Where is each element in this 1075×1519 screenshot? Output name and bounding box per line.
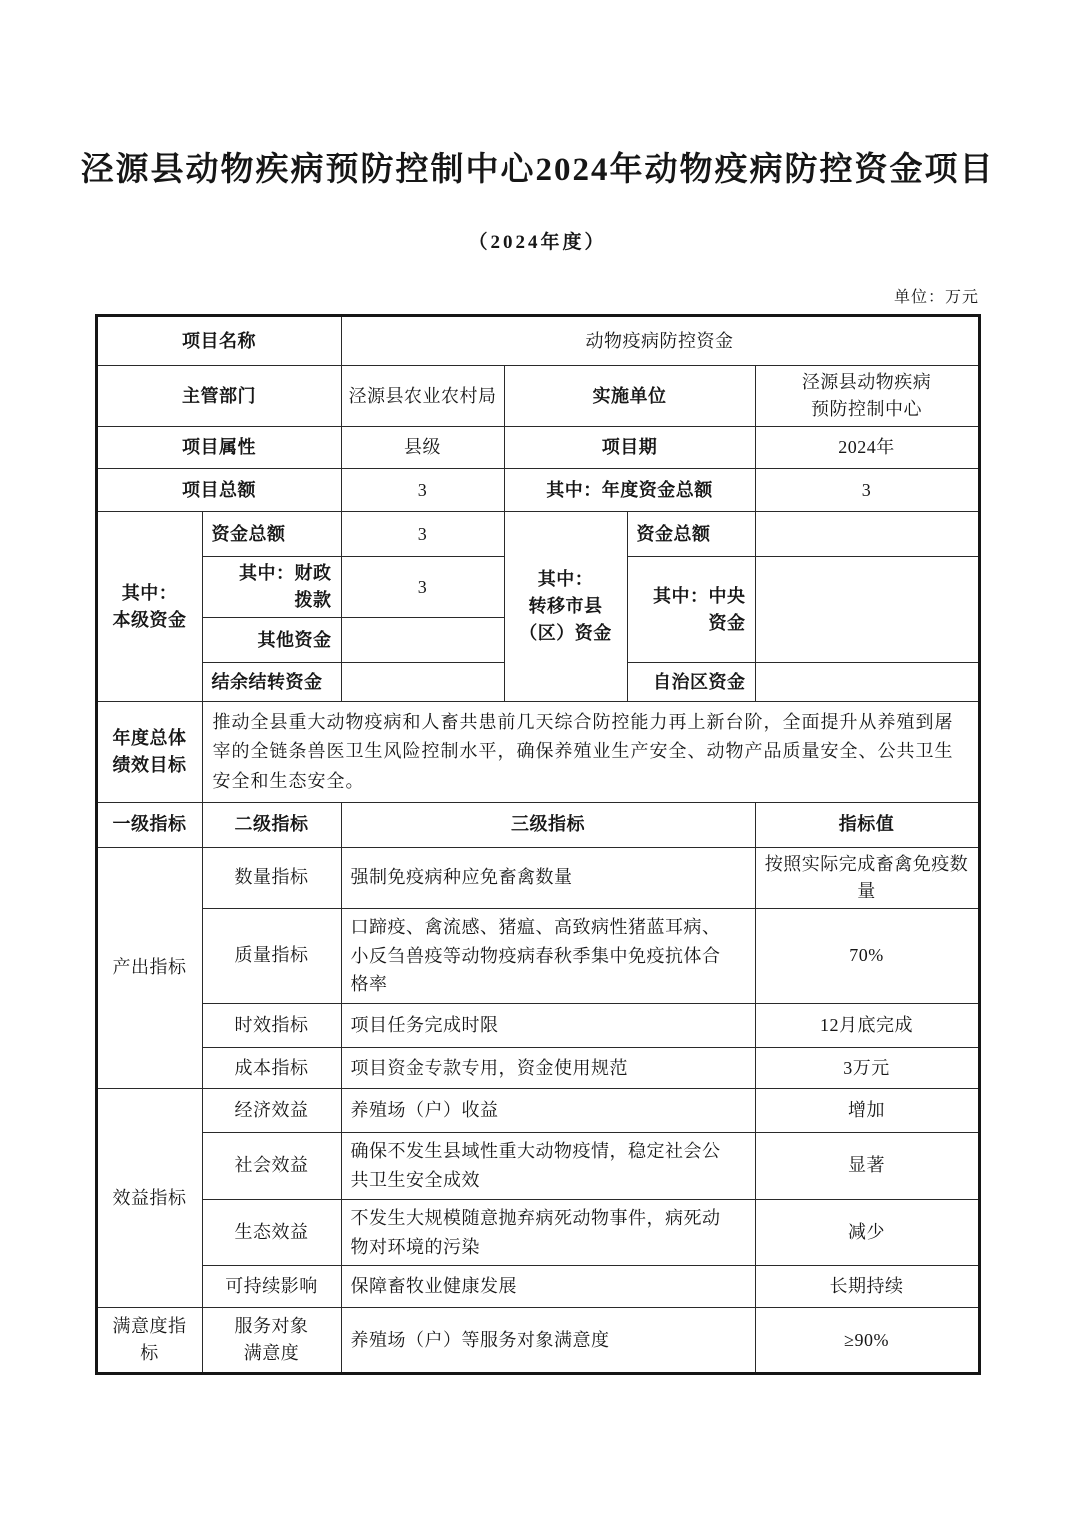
indicator-l3: 项目任务完成时限 [341,1004,755,1048]
indicator-l2: 可持续影响 [202,1266,341,1308]
document-page: 泾源县动物疾病预防控制中心2024年动物疫病防控资金项目 （2024年度） 单位… [0,0,1075,1519]
transfer-total-value [755,512,979,557]
table-row: 项目名称 动物疫病防控资金 [96,316,979,366]
indicator-l3: 确保不发生县域性重大动物疫情，稳定社会公 共卫生安全成效 [341,1133,755,1200]
term-label: 项目期 [504,427,755,469]
fiscal-allocation-label: 其中：财政 拨款 [202,557,341,618]
unit-note: 单位：万元 [96,284,979,307]
other-funds-label: 其他资金 [202,618,341,663]
group-satisfaction-label: 满意度指标 [96,1308,202,1374]
header-level3: 三级指标 [341,802,755,847]
indicator-l3: 养殖场（户）等服务对象满意度 [341,1308,755,1374]
table-row: 生态效益 不发生大规模随意抛弃病死动物事件，病死动 物对环境的污染 减少 [96,1199,979,1266]
table-row: 质量指标 口蹄疫、禽流感、猪瘟、高致病性猪蓝耳病、 小反刍兽疫等动物疫病春秋季集… [96,908,979,1003]
indicator-l2: 经济效益 [202,1089,341,1133]
indicator-value: 12月底完成 [755,1004,979,1048]
annual-goal-label: 年度总体 绩效目标 [96,702,202,802]
dept-label: 主管部门 [96,366,341,427]
table-row: 时效指标 项目任务完成时限 12月底完成 [96,1004,979,1048]
indicator-l2: 时效指标 [202,1004,341,1048]
local-total-label: 资金总额 [202,512,341,557]
indicator-value: 减少 [755,1199,979,1266]
table-row: 项目属性 县级 项目期 2024年 [96,427,979,469]
table-row: 项目总额 3 其中：年度资金总额 3 [96,469,979,512]
indicator-l2: 成本指标 [202,1048,341,1089]
project-name-label: 项目名称 [96,316,341,366]
indicator-l2: 质量指标 [202,908,341,1003]
table-row: 社会效益 确保不发生县域性重大动物疫情，稳定社会公 共卫生安全成效 显著 [96,1133,979,1200]
header-value: 指标值 [755,802,979,847]
total-label: 项目总额 [96,469,341,512]
page-title: 泾源县动物疾病预防控制中心2024年动物疫病防控资金项目 [40,150,1035,191]
central-funds-label: 其中：中央 资金 [627,557,755,663]
indicator-l3: 口蹄疫、禽流感、猪瘟、高致病性猪蓝耳病、 小反刍兽疫等动物疫病春秋季集中免疫抗体… [341,908,755,1003]
attr-value: 县级 [341,427,504,469]
indicator-value: 3万元 [755,1048,979,1089]
indicator-l3: 不发生大规模随意抛弃病死动物事件，病死动 物对环境的污染 [341,1199,755,1266]
central-funds-value [755,557,979,663]
table-row: 满意度指标 服务对象 满意度 养殖场（户）等服务对象满意度 ≥90% [96,1308,979,1374]
indicator-l3: 养殖场（户）收益 [341,1089,755,1133]
table-row: 效益指标 经济效益 养殖场（户）收益 增加 [96,1089,979,1133]
group-output-label: 产出指标 [96,847,202,1088]
indicator-value: 增加 [755,1089,979,1133]
region-funds-label: 自治区资金 [627,663,755,702]
fiscal-allocation-value: 3 [341,557,504,618]
header-level1: 一级指标 [96,802,202,847]
indicator-value: ≥90% [755,1308,979,1374]
attr-label: 项目属性 [96,427,341,469]
indicator-l3: 保障畜牧业健康发展 [341,1266,755,1308]
page-subtitle: （2024年度） [0,227,1075,254]
annual-goal-text: 推动全县重大动物疫病和人畜共患前几天综合防控能力再上新台阶，全面提升从养殖到屠 … [202,702,979,802]
term-value: 2024年 [755,427,979,469]
project-name-value: 动物疫病防控资金 [341,316,979,366]
other-funds-value [341,618,504,663]
indicator-l2: 社会效益 [202,1133,341,1200]
table-header-row: 一级指标 二级指标 三级指标 指标值 [96,802,979,847]
table-row: 其中： 本级资金 资金总额 3 其中： 转移市县 （区）资金 资金总额 [96,512,979,557]
transfer-funds-label: 其中： 转移市县 （区）资金 [504,512,627,702]
table-row: 可持续影响 保障畜牧业健康发展 长期持续 [96,1266,979,1308]
transfer-total-label: 资金总额 [627,512,755,557]
performance-table: 项目名称 动物疫病防控资金 主管部门 泾源县农业农村局 实施单位 泾源县动物疾病… [95,314,981,1375]
indicator-l2: 生态效益 [202,1199,341,1266]
table-row: 主管部门 泾源县农业农村局 实施单位 泾源县动物疾病 预防控制中心 [96,366,979,427]
impl-value: 泾源县动物疾病 预防控制中心 [755,366,979,427]
table-row: 成本指标 项目资金专款专用，资金使用规范 3万元 [96,1048,979,1089]
impl-label: 实施单位 [504,366,755,427]
local-total-value: 3 [341,512,504,557]
local-funds-label: 其中： 本级资金 [96,512,202,702]
carryover-funds-label: 结余结转资金 [202,663,341,702]
table-row: 年度总体 绩效目标 推动全县重大动物疫病和人畜共患前几天综合防控能力再上新台阶，… [96,702,979,802]
table-row: 产出指标 数量指标 强制免疫病种应免畜禽数量 按照实际完成畜禽免疫数 量 [96,847,979,908]
indicator-value: 70% [755,908,979,1003]
carryover-funds-value [341,663,504,702]
indicator-l3: 项目资金专款专用，资金使用规范 [341,1048,755,1089]
dept-value: 泾源县农业农村局 [341,366,504,427]
region-funds-value [755,663,979,702]
annual-total-label: 其中：年度资金总额 [504,469,755,512]
indicator-l2: 数量指标 [202,847,341,908]
indicator-value: 按照实际完成畜禽免疫数 量 [755,847,979,908]
total-value: 3 [341,469,504,512]
group-benefit-label: 效益指标 [96,1089,202,1308]
annual-total-value: 3 [755,469,979,512]
indicator-l3: 强制免疫病种应免畜禽数量 [341,847,755,908]
indicator-value: 长期持续 [755,1266,979,1308]
header-level2: 二级指标 [202,802,341,847]
indicator-l2: 服务对象 满意度 [202,1308,341,1374]
indicator-value: 显著 [755,1133,979,1200]
